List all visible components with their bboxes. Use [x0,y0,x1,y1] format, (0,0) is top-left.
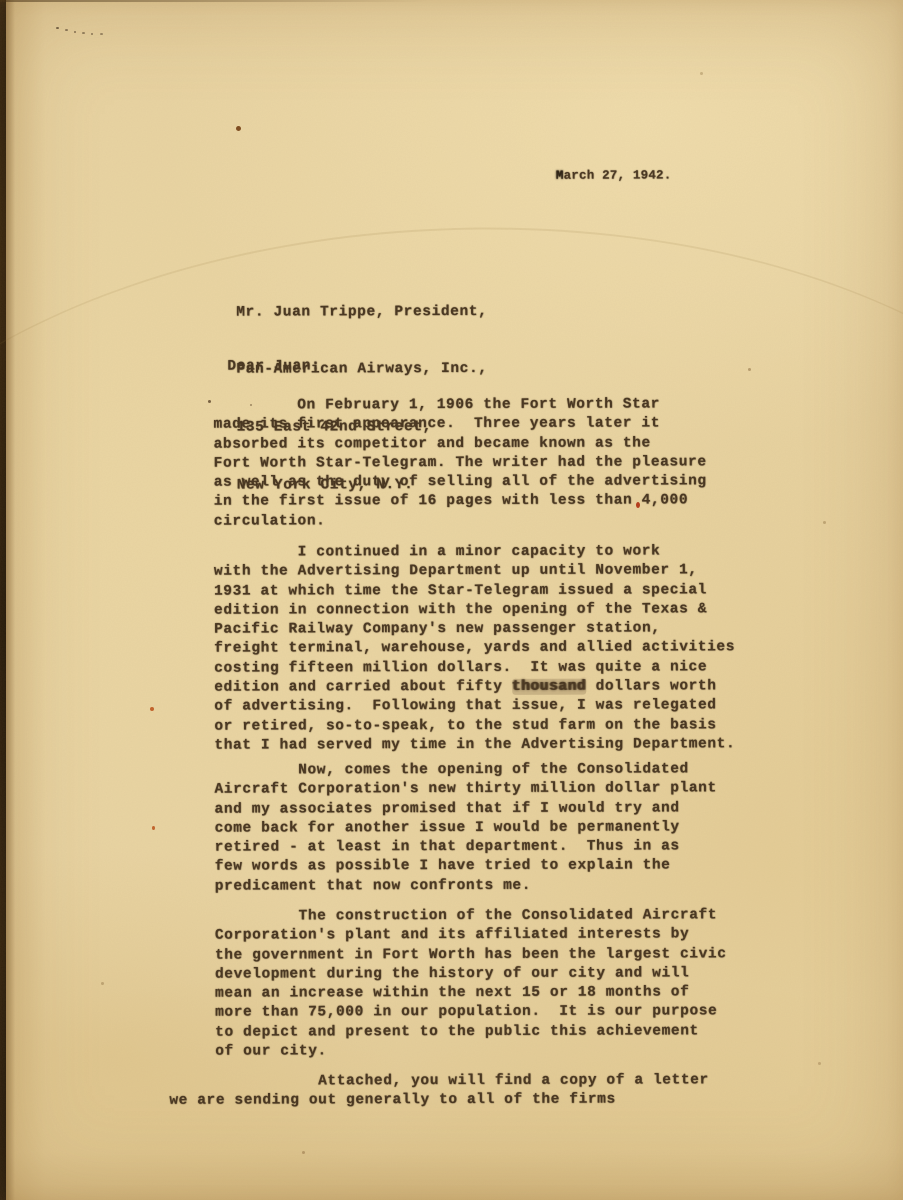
typed-text-layer: March 27, 1942. Mr. Juan Trippe, Preside… [0,0,903,1200]
letter-page: March 27, 1942. Mr. Juan Trippe, Preside… [0,0,903,1200]
paragraph-3: Now, comes the opening of the Consolidat… [214,760,717,896]
overstruck-word: thousand [512,679,586,695]
paragraph-5: Attached, you will find a copy of a lett… [169,1071,709,1111]
paragraph-2: I continued in a minor capacity to work … [214,542,735,756]
paragraph-1: On February 1, 1906 the Fort Worth Star … [213,395,706,531]
date-rest: arch 27, 1942. [564,168,672,182]
letter-date: March 27, 1942. [556,166,672,186]
paragraph-2-text: I continued in a minor capacity to work … [214,543,735,695]
address-line: Mr. Juan Trippe, President, [236,302,487,322]
paragraph-4: The construction of the Consolidated Air… [215,906,727,1062]
salutation: Dear Juan: [227,357,320,377]
date-initial: M [556,169,564,183]
